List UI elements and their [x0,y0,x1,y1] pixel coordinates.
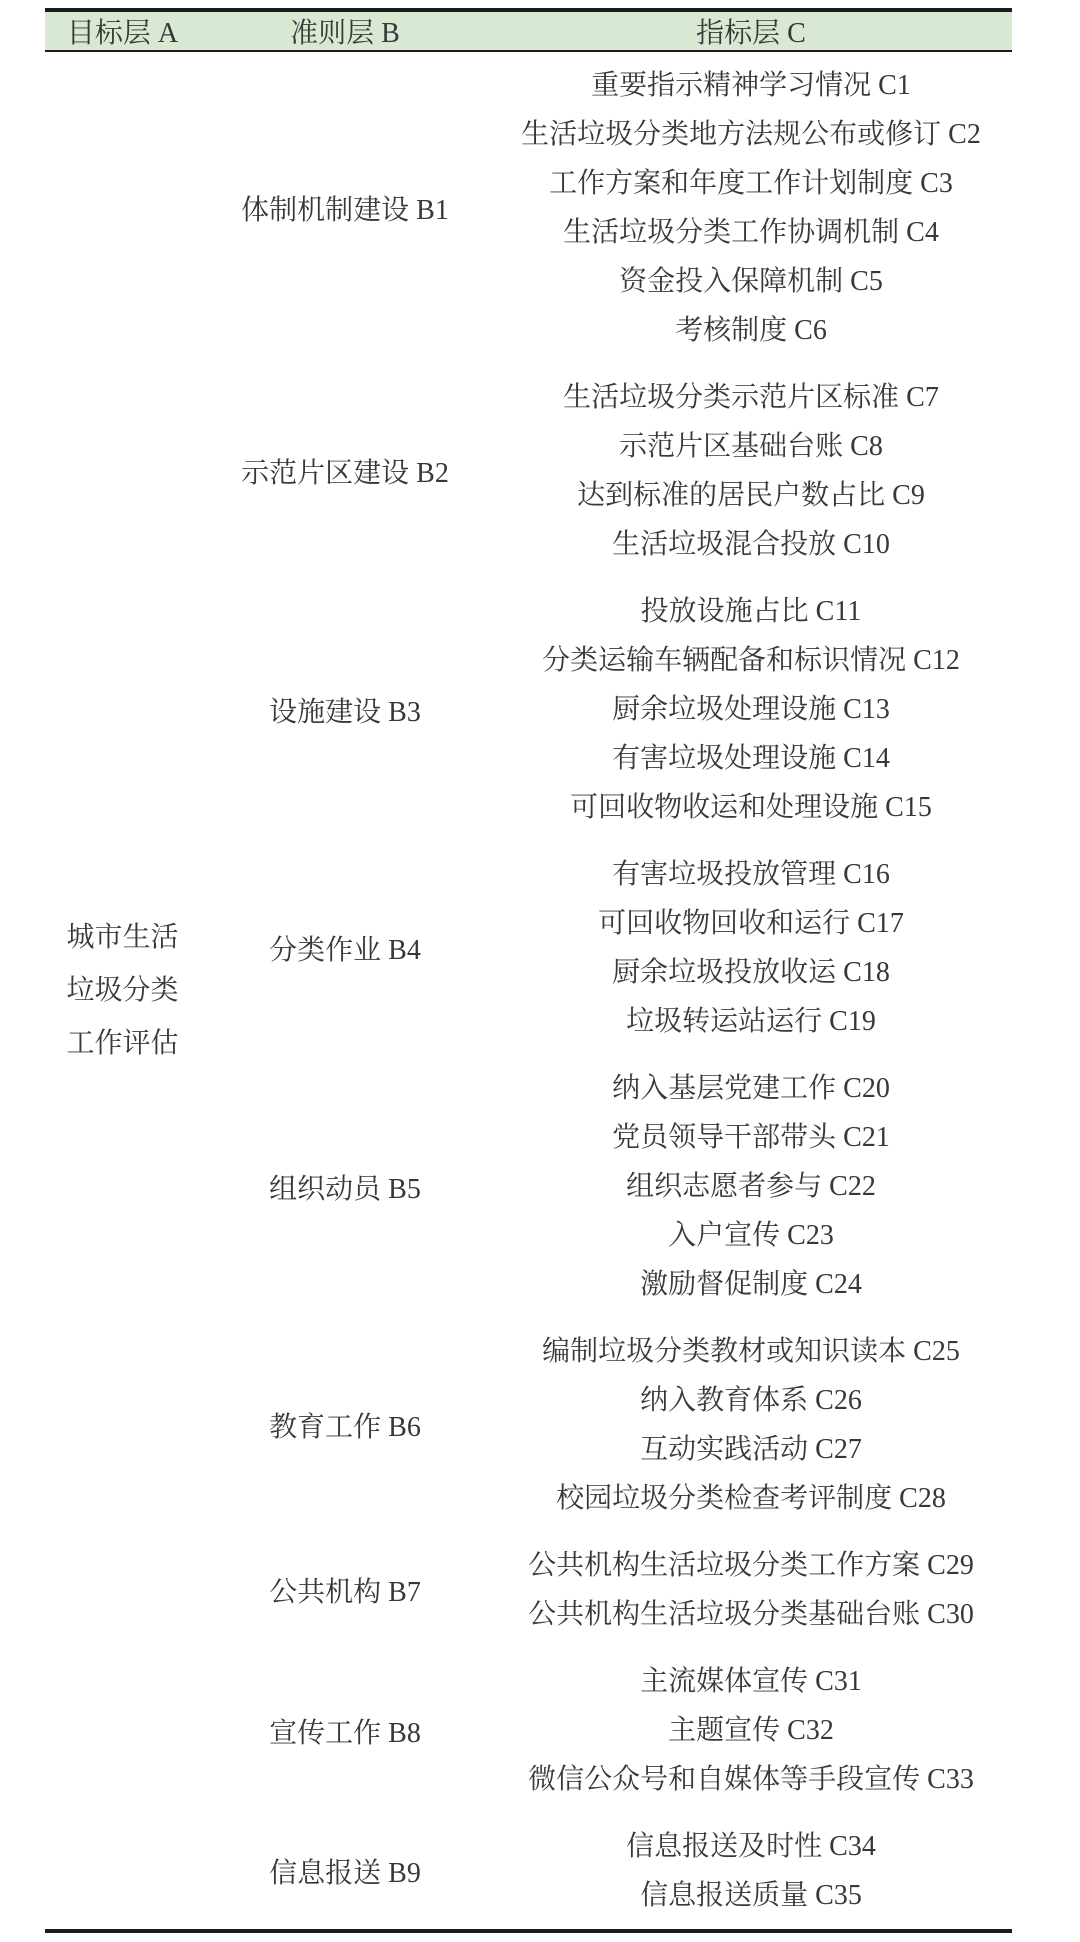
indicator-row: 可回收物收运和处理设施 C15 [490,783,1012,832]
indicator-row: 有害垃圾处理设施 C14 [490,734,1012,783]
criterion-group-row: 公共机构 B7公共机构生活垃圾分类工作方案 C29公共机构生活垃圾分类基础台账 … [200,1532,1012,1648]
indicator-row: 纳入基层党建工作 C20 [490,1064,1012,1113]
indicator-row: 信息报送质量 C35 [490,1871,1012,1920]
indicator-row: 入户宣传 C23 [490,1211,1012,1260]
criterion-group-row: 宣传工作 B8主流媒体宣传 C31主题宣传 C32微信公众号和自媒体等手段宣传 … [200,1648,1012,1813]
indicator-row: 分类运输车辆配备和标识情况 C12 [490,636,1012,685]
indicator-row: 厨余垃圾投放收运 C18 [490,948,1012,997]
target-layer-line: 工作评估 [66,1017,178,1070]
criterion-cell: 组织动员 B5 [200,1064,490,1309]
indicator-row: 生活垃圾分类示范片区标准 C7 [490,373,1012,422]
indicator-list: 投放设施占比 C11分类运输车辆配备和标识情况 C12厨余垃圾处理设施 C13有… [490,587,1012,832]
indicator-row: 垃圾转运站运行 C19 [490,997,1012,1046]
indicator-list: 重要指示精神学习情况 C1生活垃圾分类地方法规公布或修订 C2工作方案和年度工作… [490,61,1012,355]
scanned-document-page: 目标层 A 准则层 B 指标层 C 城市生活 垃圾分类 工作评估 体制机制建设 … [0,0,1080,1942]
indicator-row: 工作方案和年度工作计划制度 C3 [490,159,1012,208]
indicator-row: 党员领导干部带头 C21 [490,1113,1012,1162]
criterion-group-row: 示范片区建设 B2生活垃圾分类示范片区标准 C7示范片区基础台账 C8达到标准的… [200,364,1012,578]
indicator-row: 公共机构生活垃圾分类基础台账 C30 [490,1590,1012,1639]
header-cell-target-layer: 目标层 A [45,11,200,51]
criterion-group-row: 分类作业 B4有害垃圾投放管理 C16可回收物回收和运行 C17厨余垃圾投放收运… [200,841,1012,1055]
indicator-row: 纳入教育体系 C26 [490,1376,1012,1425]
criterion-cell: 教育工作 B6 [200,1327,490,1523]
indicator-row: 可回收物回收和运行 C17 [490,899,1012,948]
indicator-row: 主题宣传 C32 [490,1706,1012,1755]
indicator-row: 有害垃圾投放管理 C16 [490,850,1012,899]
criterion-group-row: 设施建设 B3投放设施占比 C11分类运输车辆配备和标识情况 C12厨余垃圾处理… [200,578,1012,841]
indicator-row: 激励督促制度 C24 [490,1260,1012,1309]
indicator-row: 校园垃圾分类检查考评制度 C28 [490,1474,1012,1523]
criterion-cell: 宣传工作 B8 [200,1657,490,1804]
indicator-row: 组织志愿者参与 C22 [490,1162,1012,1211]
indicator-list: 有害垃圾投放管理 C16可回收物回收和运行 C17厨余垃圾投放收运 C18垃圾转… [490,850,1012,1046]
indicator-row: 达到标准的居民户数占比 C9 [490,471,1012,520]
criterion-group-row: 体制机制建设 B1重要指示精神学习情况 C1生活垃圾分类地方法规公布或修订 C2… [200,52,1012,364]
criterion-cell: 设施建设 B3 [200,587,490,832]
criterion-group-row: 教育工作 B6编制垃圾分类教材或知识读本 C25纳入教育体系 C26互动实践活动… [200,1318,1012,1532]
criterion-cell: 体制机制建设 B1 [200,61,490,355]
target-layer-cell: 城市生活 垃圾分类 工作评估 [45,52,200,1929]
table-body: 城市生活 垃圾分类 工作评估 体制机制建设 B1重要指示精神学习情况 C1生活垃… [45,52,1012,1933]
indicator-row: 微信公众号和自媒体等手段宣传 C33 [490,1755,1012,1804]
indicator-row: 资金投入保障机制 C5 [490,257,1012,306]
criterion-groups: 体制机制建设 B1重要指示精神学习情况 C1生活垃圾分类地方法规公布或修订 C2… [200,52,1012,1929]
header-cell-criterion-layer: 准则层 B [200,11,490,51]
indicator-row: 示范片区基础台账 C8 [490,422,1012,471]
target-layer-line: 城市生活 [66,911,178,964]
indicator-row: 投放设施占比 C11 [490,587,1012,636]
indicator-list: 生活垃圾分类示范片区标准 C7示范片区基础台账 C8达到标准的居民户数占比 C9… [490,373,1012,569]
indicator-row: 生活垃圾混合投放 C10 [490,520,1012,569]
indicator-row: 信息报送及时性 C34 [490,1822,1012,1871]
evaluation-index-table: 目标层 A 准则层 B 指标层 C 城市生活 垃圾分类 工作评估 体制机制建设 … [45,8,1012,1933]
indicator-list: 信息报送及时性 C34信息报送质量 C35 [490,1822,1012,1920]
indicator-row: 厨余垃圾处理设施 C13 [490,685,1012,734]
indicator-row: 考核制度 C6 [490,306,1012,355]
indicator-row: 生活垃圾分类工作协调机制 C4 [490,208,1012,257]
criterion-cell: 示范片区建设 B2 [200,373,490,569]
indicator-list: 纳入基层党建工作 C20党员领导干部带头 C21组织志愿者参与 C22入户宣传 … [490,1064,1012,1309]
indicator-row: 公共机构生活垃圾分类工作方案 C29 [490,1541,1012,1590]
indicator-list: 主流媒体宣传 C31主题宣传 C32微信公众号和自媒体等手段宣传 C33 [490,1657,1012,1804]
indicator-row: 互动实践活动 C27 [490,1425,1012,1474]
header-cell-indicator-layer: 指标层 C [490,11,1012,51]
criterion-group-row: 组织动员 B5纳入基层党建工作 C20党员领导干部带头 C21组织志愿者参与 C… [200,1055,1012,1318]
target-layer-line: 垃圾分类 [66,964,178,1017]
table-header-row: 目标层 A 准则层 B 指标层 C [45,8,1012,52]
indicator-list: 公共机构生活垃圾分类工作方案 C29公共机构生活垃圾分类基础台账 C30 [490,1541,1012,1639]
indicator-row: 主流媒体宣传 C31 [490,1657,1012,1706]
indicator-list: 编制垃圾分类教材或知识读本 C25纳入教育体系 C26互动实践活动 C27校园垃… [490,1327,1012,1523]
indicator-row: 重要指示精神学习情况 C1 [490,61,1012,110]
criterion-group-row: 信息报送 B9信息报送及时性 C34信息报送质量 C35 [200,1813,1012,1929]
criterion-cell: 分类作业 B4 [200,850,490,1046]
indicator-row: 编制垃圾分类教材或知识读本 C25 [490,1327,1012,1376]
criterion-cell: 公共机构 B7 [200,1541,490,1639]
criterion-cell: 信息报送 B9 [200,1822,490,1920]
indicator-row: 生活垃圾分类地方法规公布或修订 C2 [490,110,1012,159]
